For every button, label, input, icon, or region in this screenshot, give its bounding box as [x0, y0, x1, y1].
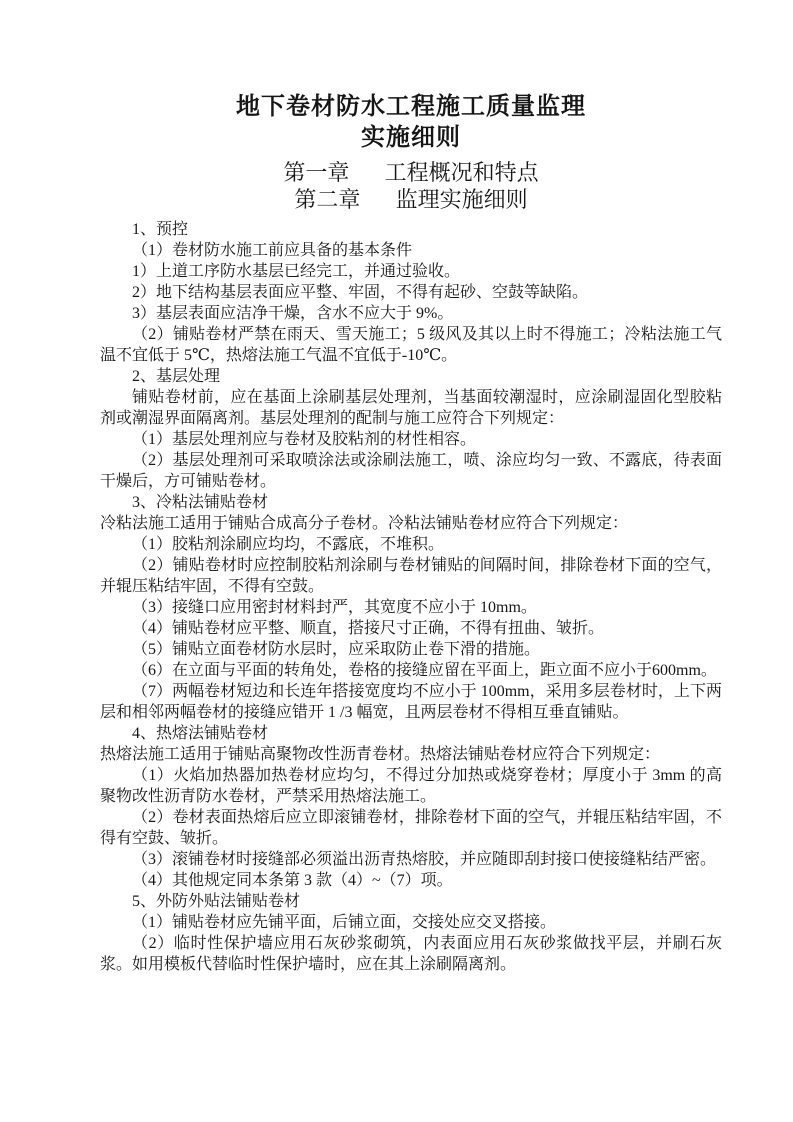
paragraph: 3）基层表面应洁净干燥，含水不应大于 9%。	[100, 303, 722, 324]
paragraph: （2）铺贴卷材严禁在雨天、雪天施工；5 级风及其以上时不得施工；冷粘法施工气温不…	[100, 324, 722, 366]
paragraph: 4、热熔法铺贴卷材	[100, 723, 722, 744]
chapter-heading-2: 第二章监理实施细则	[100, 186, 722, 213]
paragraph: （2）铺贴卷材时应控制胶粘剂涂刷与卷材铺贴的间隔时间，排除卷材下面的空气，并辊压…	[100, 555, 722, 597]
document-content: 地下卷材防水工程施工质量监理 实施细则 第一章工程概况和特点 第二章监理实施细则…	[100, 0, 722, 975]
chapter-1-label: 第一章	[283, 159, 349, 186]
paragraph: 5、外防外贴法铺贴卷材	[100, 891, 722, 912]
paragraph: 2、基层处理	[100, 366, 722, 387]
paragraph: （4）铺贴卷材应平整、顺直，搭接尺寸正确，不得有扭曲、皱折。	[100, 618, 722, 639]
paragraph: （5）铺贴立面卷材防水层时，应采取防止卷下滑的措施。	[100, 639, 722, 660]
document-page: 地下卷材防水工程施工质量监理 实施细则 第一章工程概况和特点 第二章监理实施细则…	[0, 0, 793, 1122]
paragraph: （1）基层处理剂应与卷材及胶粘剂的材性相容。	[100, 429, 722, 450]
chapter-2-label: 第二章	[294, 186, 360, 213]
paragraph: （1）铺贴卷材应先铺平面，后铺立面，交接处应交叉搭接。	[100, 912, 722, 933]
document-title: 地下卷材防水工程施工质量监理 实施细则	[100, 92, 722, 154]
paragraph: 1、预控	[100, 219, 722, 240]
paragraph: （6）在立面与平面的转角处，卷格的接缝应留在平面上，距立面不应小于600mm。	[100, 660, 722, 681]
paragraph: （1）火焰加热器加热卷材应均匀，不得过分加热或烧穿卷材；厚度小于 3mm 的高聚…	[100, 765, 722, 807]
chapter-heading-1: 第一章工程概况和特点	[100, 159, 722, 186]
chapter-2-title: 监理实施细则	[396, 187, 528, 212]
paragraph: 1）上道工序防水基层已经完工，并通过验收。	[100, 261, 722, 282]
paragraph: （2）卷材表面热熔后应立即滚铺卷材，排除卷材下面的空气，并辊压粘结牢固，不得有空…	[100, 807, 722, 849]
paragraph: （1）卷材防水施工前应具备的基本条件	[100, 240, 722, 261]
paragraph: 铺贴卷材前，应在基面上涂刷基层处理剂，当基面较潮湿时，应涂刷湿固化型胶粘剂或潮湿…	[100, 387, 722, 429]
paragraph: （1）胶粘剂涂刷应均均，不露底，不堆积。	[100, 534, 722, 555]
paragraph: 3、冷粘法铺贴卷材	[100, 492, 722, 513]
paragraph: 热熔法施工适用于铺贴高聚物改性沥青卷材。热熔法铺贴卷材应符合下列规定：	[100, 744, 722, 765]
paragraph: （3）接缝口应用密封材料封严，其宽度不应小于 10mm。	[100, 597, 722, 618]
paragraph: 冷粘法施工适用于铺贴合成高分子卷材。冷粘法铺贴卷材应符合下列规定：	[100, 513, 722, 534]
paragraph: （2）临时性保护墙应用石灰砂浆砌筑，内表面应用石灰砂浆做找平层，并刷石灰浆。如用…	[100, 933, 722, 975]
document-title-line-2: 实施细则	[100, 123, 722, 154]
paragraph: 2）地下结构基层表面应平整、牢固，不得有起砂、空鼓等缺陷。	[100, 282, 722, 303]
paragraph: （3）滚铺卷材时接缝部必须溢出沥青热熔胶，并应随即刮封接口使接缝粘结严密。	[100, 849, 722, 870]
paragraph: （2）基层处理剂可采取喷涂法或涂刷法施工，喷、涂应均匀一致、不露底，待表面干燥后…	[100, 450, 722, 492]
paragraph: （7）两幅卷材短边和长连年搭接宽度均不应小于 100mm，采用多层卷材时，上下两…	[100, 681, 722, 723]
document-body: 1、预控 （1）卷材防水施工前应具备的基本条件 1）上道工序防水基层已经完工，并…	[100, 219, 722, 975]
chapter-1-title: 工程概况和特点	[385, 160, 539, 185]
paragraph: （4）其他规定同本条第 3 款（4）~（7）项。	[100, 870, 722, 891]
chapter-headings: 第一章工程概况和特点 第二章监理实施细则	[100, 159, 722, 213]
document-title-line-1: 地下卷材防水工程施工质量监理	[100, 92, 722, 123]
